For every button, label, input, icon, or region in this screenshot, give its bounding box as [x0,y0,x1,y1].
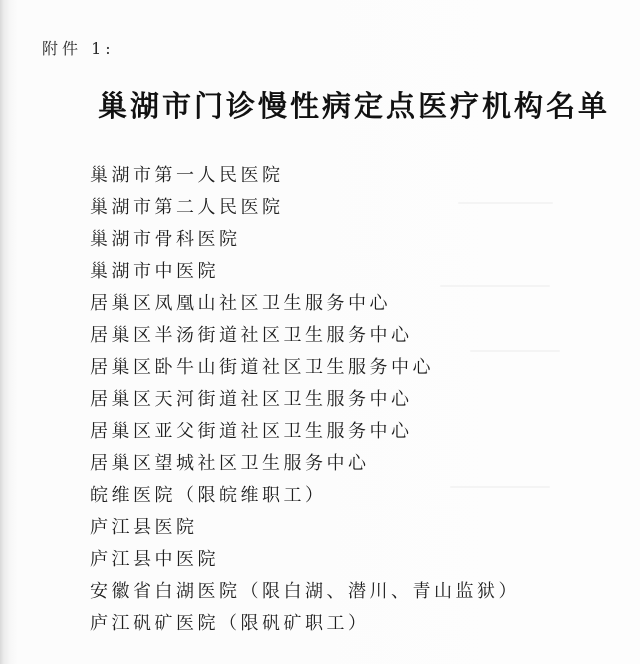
list-item: 庐江县中医院 [90,544,520,576]
list-item: 巢湖市中医院 [90,256,520,288]
list-item: 居巢区天河街道社区卫生服务中心 [90,384,520,416]
list-item: 巢湖市第一人民医院 [90,160,520,192]
document-title: 巢湖市门诊慢性病定点医疗机构名单 [98,84,558,125]
attachment-label: 附件 1: [42,36,115,59]
list-item: 庐江矾矿医院（限矾矿职工） [90,608,520,640]
list-item: 居巢区凤凰山社区卫生服务中心 [90,288,520,320]
list-item: 巢湖市骨科医院 [90,224,520,256]
list-item: 居巢区亚父街道社区卫生服务中心 [90,416,520,448]
list-item: 居巢区卧牛山街道社区卫生服务中心 [90,352,520,384]
list-item: 居巢区半汤街道社区卫生服务中心 [90,320,520,352]
institution-list: 巢湖市第一人民医院 巢湖市第二人民医院 巢湖市骨科医院 巢湖市中医院 居巢区凤凰… [90,160,520,640]
list-item: 安徽省白湖医院（限白湖、潜川、青山监狱） [90,576,520,608]
list-item: 巢湖市第二人民医院 [90,192,520,224]
list-item: 皖维医院（限皖维职工） [90,480,520,512]
list-item: 庐江县医院 [90,512,520,544]
list-item: 居巢区望城社区卫生服务中心 [90,448,520,480]
scanned-page: 附件 1: 巢湖市门诊慢性病定点医疗机构名单 巢湖市第一人民医院 巢湖市第二人民… [0,0,640,664]
